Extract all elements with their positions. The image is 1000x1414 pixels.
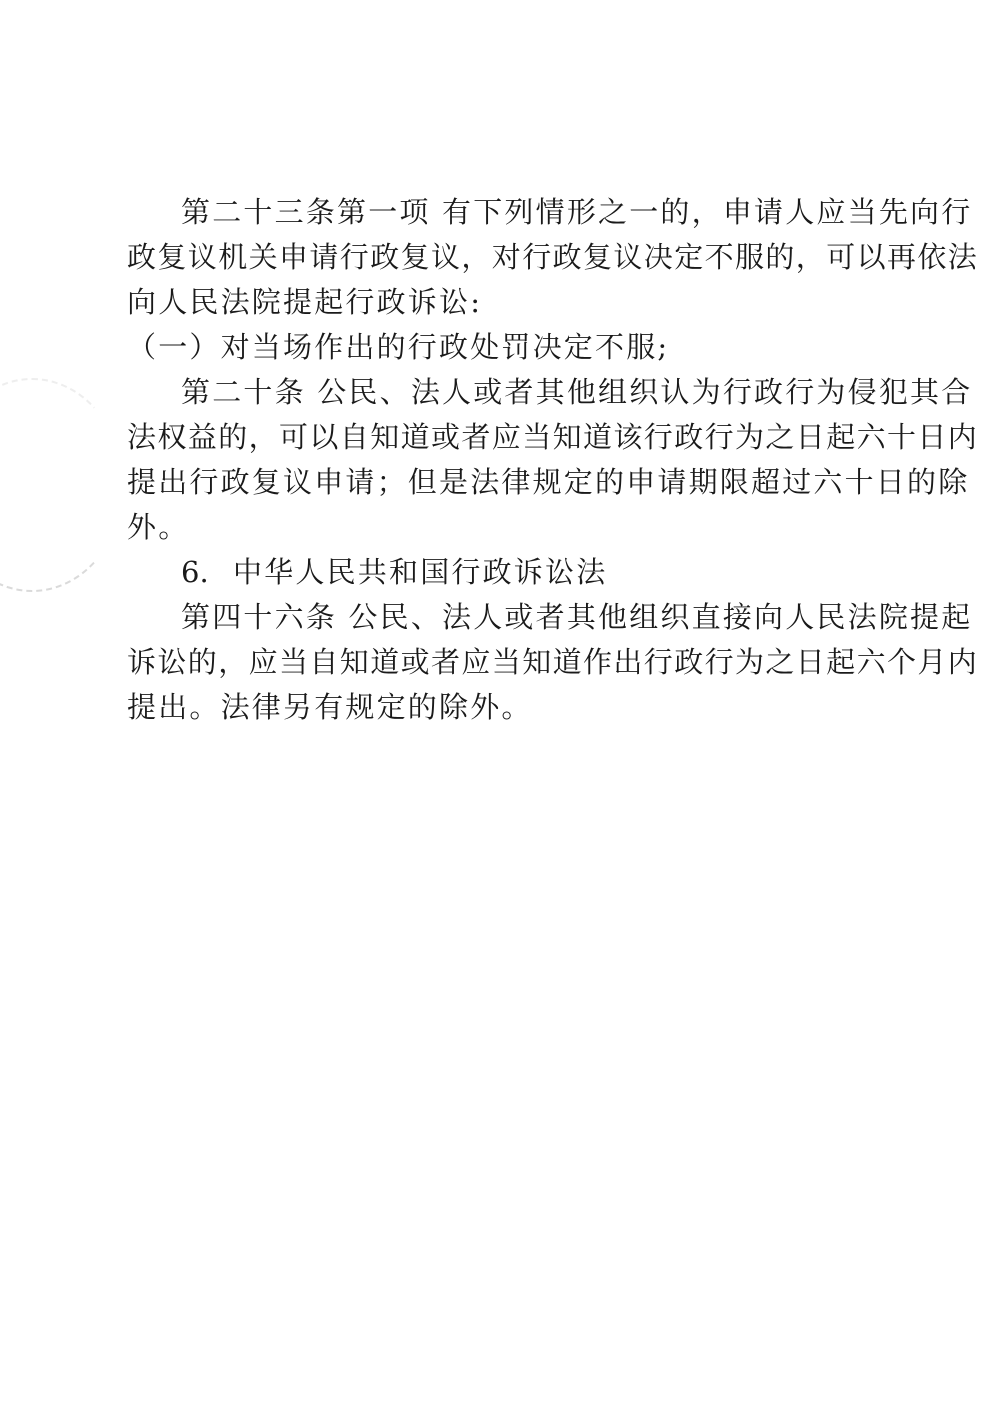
text-line: 诉讼的，应当自知道或者应当知道作出行政行为之日起六个月内 [127, 640, 877, 685]
text-line: 政复议机关申请行政复议，对行政复议决定不服的，可以再依法 [127, 235, 877, 280]
official-seal-stamp [0, 378, 124, 592]
text-line: 第二十三条第一项 有下列情形之一的，申请人应当先向行 [127, 190, 877, 235]
text-line: 外。 [127, 505, 877, 550]
document-page: 第二十三条第一项 有下列情形之一的，申请人应当先向行 政复议机关申请行政复议，对… [0, 0, 1000, 1414]
text-line: 向人民法院提起行政诉讼: [127, 280, 877, 325]
section-heading: 6.中华人民共和国行政诉讼法 [127, 550, 877, 595]
section-number: 6. [181, 550, 233, 595]
text-line: 第四十六条 公民、法人或者其他组织直接向人民法院提起 [127, 595, 877, 640]
article-20-paragraph: 第二十条 公民、法人或者其他组织认为行政行为侵犯其合 法权益的，可以自知道或者应… [127, 370, 877, 550]
section-title: 中华人民共和国行政诉讼法 [233, 555, 607, 589]
article-46-paragraph: 第四十六条 公民、法人或者其他组织直接向人民法院提起 诉讼的，应当自知道或者应当… [127, 595, 877, 730]
text-line: （一）对当场作出的行政处罚决定不服; [127, 325, 877, 370]
text-line: 提出。法律另有规定的除外。 [127, 685, 877, 730]
document-body: 第二十三条第一项 有下列情形之一的，申请人应当先向行 政复议机关申请行政复议，对… [127, 190, 877, 730]
list-item-1: （一）对当场作出的行政处罚决定不服; [127, 325, 877, 370]
text-line: 法权益的，可以自知道或者应当知道该行政行为之日起六十日内 [127, 415, 877, 460]
text-line: 提出行政复议申请；但是法律规定的申请期限超过六十日的除 [127, 460, 877, 505]
article-23-paragraph: 第二十三条第一项 有下列情形之一的，申请人应当先向行 政复议机关申请行政复议，对… [127, 190, 877, 325]
text-line: 第二十条 公民、法人或者其他组织认为行政行为侵犯其合 [127, 370, 877, 415]
